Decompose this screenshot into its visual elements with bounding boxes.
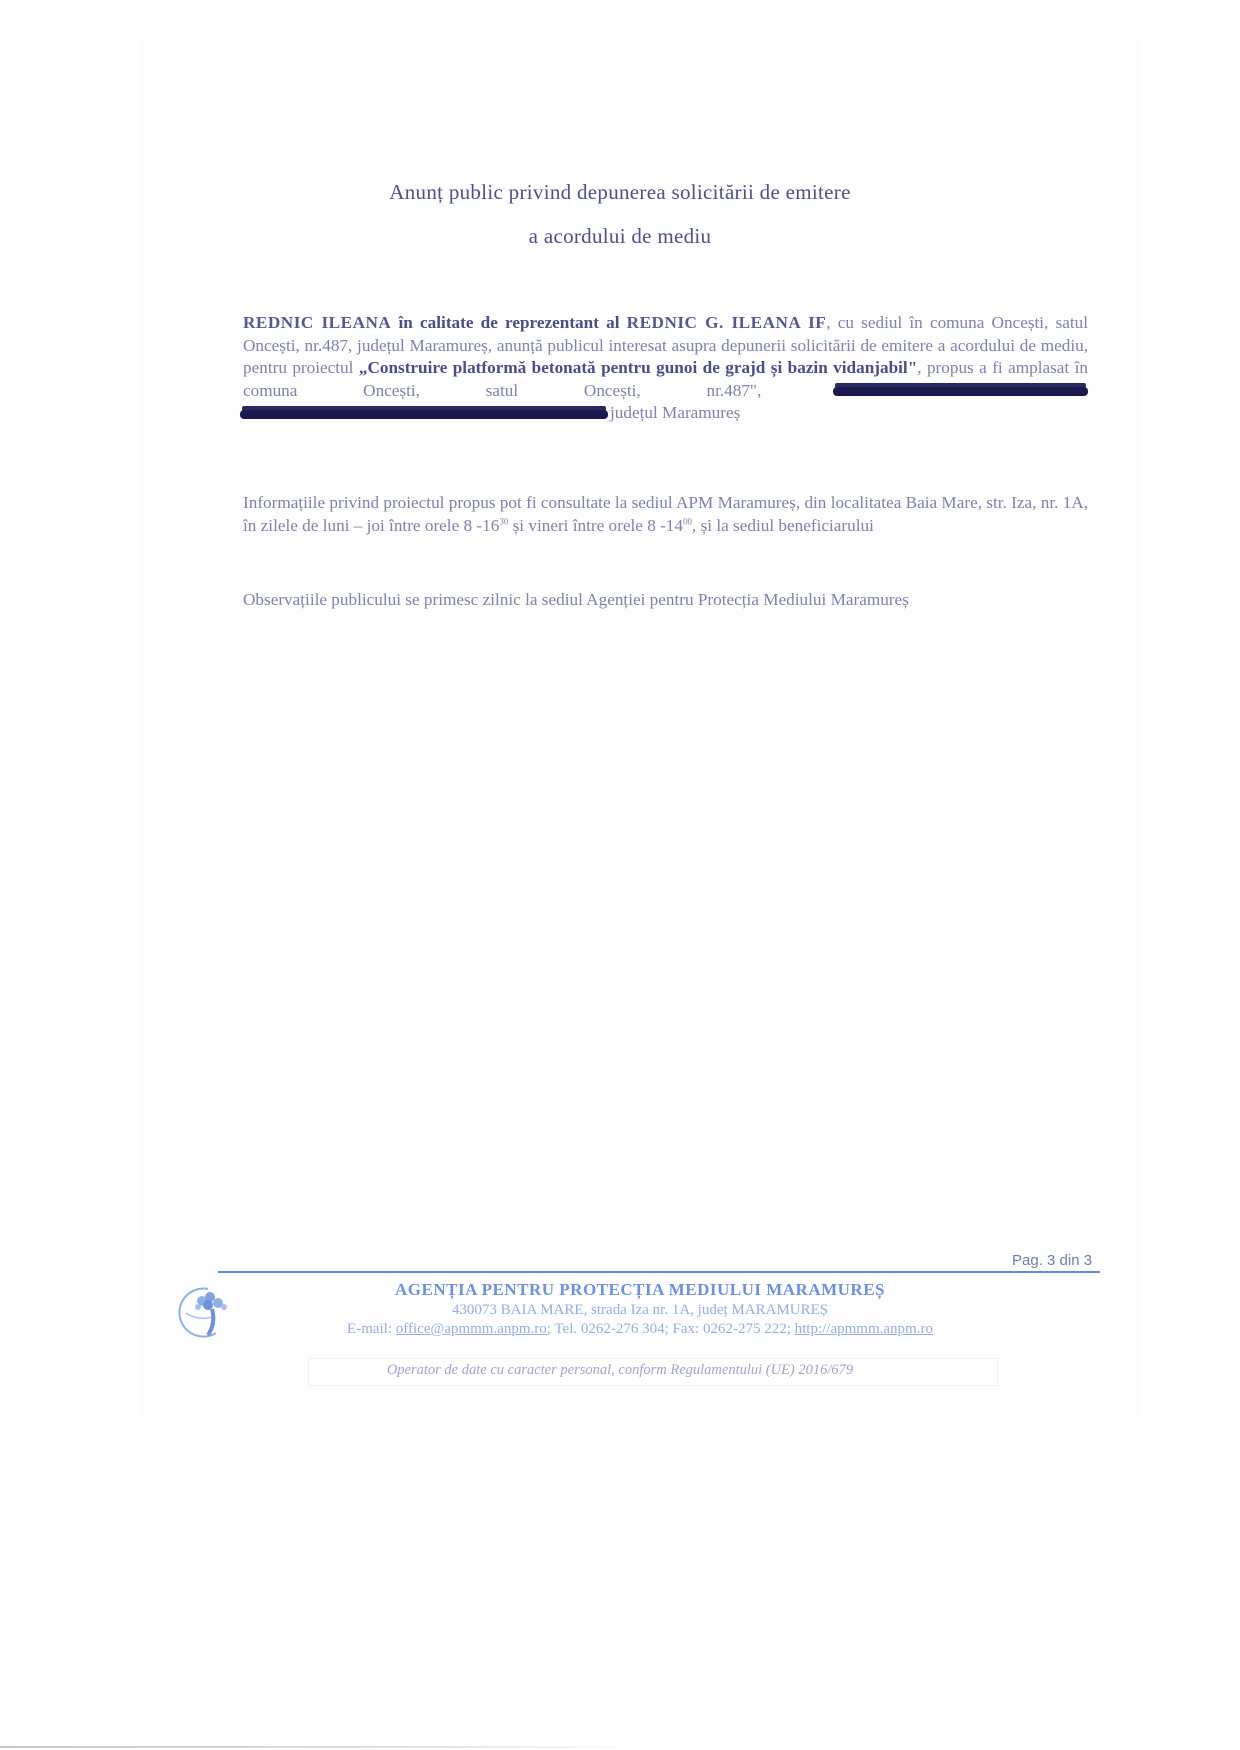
privacy-notice: Operator de date cu caracter personal, c…	[0, 1362, 1240, 1379]
information-paragraph: Informațiile privind proiectul propus po…	[243, 492, 1088, 537]
website-link[interactable]: http://apmmm.anpm.ro	[795, 1321, 933, 1337]
time-superscript: 00	[683, 516, 692, 526]
scan-artifact-line	[0, 1746, 640, 1748]
email-link[interactable]: office@apmmm.anpm.ro	[396, 1321, 547, 1337]
email-label: E-mail:	[347, 1321, 396, 1337]
redaction-mark	[240, 410, 608, 419]
document-title-line-1: Anunț public privind depunerea solicităr…	[0, 180, 1240, 205]
footer-divider	[218, 1271, 1100, 1273]
announcement-paragraph: REDNIC ILEANA în calitate de reprezentan…	[243, 312, 1088, 425]
time-superscript: 30	[499, 516, 508, 526]
role-text: în calitate de reprezentant al	[391, 313, 626, 332]
info-text: și vineri între orele 8 -14	[508, 516, 683, 535]
representative-name: REDNIC ILEANA	[243, 313, 391, 332]
redaction-mark	[833, 387, 1088, 396]
page-number: Pag. 3 din 3	[1012, 1252, 1092, 1269]
agency-name: AGENȚIA PENTRU PROTECȚIA MEDIULUI MARAMU…	[0, 1280, 1240, 1300]
info-text: , și la sediul beneficiarului	[692, 516, 874, 535]
agency-address: 430073 BAIA MARE, strada Iza nr. 1A, jud…	[0, 1302, 1240, 1319]
project-title: „Construire platformă betonată pentru gu…	[359, 358, 917, 377]
document-title-line-2: a acordului de mediu	[0, 224, 1240, 249]
agency-contact: E-mail: office@apmmm.anpm.ro; Tel. 0262-…	[0, 1321, 1240, 1338]
county-text: județul Maramureș	[610, 403, 740, 422]
phone-fax: ; Tel. 0262-276 304; Fax: 0262-275 222;	[547, 1321, 795, 1337]
observations-paragraph: Observațiile publicului se primesc zilni…	[243, 589, 1088, 612]
company-name: REDNIC G. ILEANA IF	[627, 313, 827, 332]
